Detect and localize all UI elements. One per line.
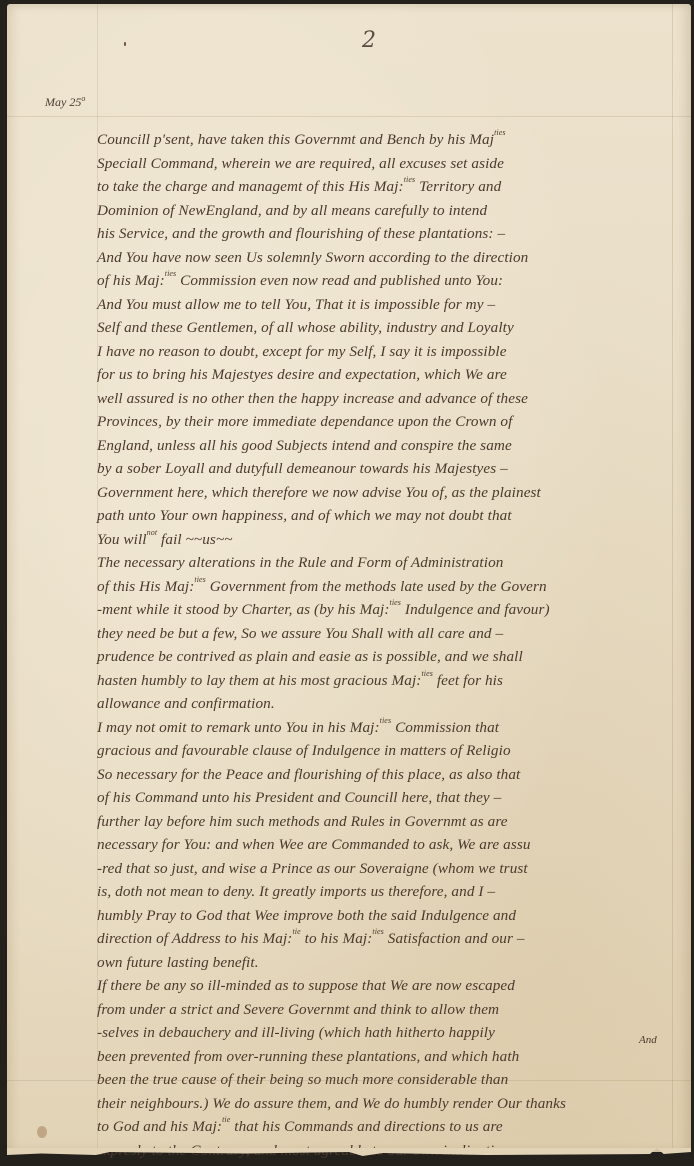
line-text: expresly to the Contrary, and most agrea… [97,1142,521,1159]
ink-mark [124,42,126,46]
manuscript-page: 2 May 25o Councill p'sent, have taken th… [7,4,691,1152]
line-superscript: ties [494,128,506,137]
line-text: And You have now seen Us solemnly Sworn … [97,249,528,266]
manuscript-line: I may not omit to remark unto You in his… [97,716,677,740]
manuscript-line: is, doth not mean to deny. It greatly im… [97,880,677,904]
line-text: they need be but a few, So we assure You… [97,625,503,642]
manuscript-line: necessary for You: and when Wee are Comm… [97,833,677,857]
line-superscript: ties [390,598,402,607]
paper-stain [37,1126,47,1138]
line-text: own future lasting benefit. [97,954,259,971]
line-text: to God and his Maj: [97,1118,222,1135]
manuscript-line: So necessary for the Peace and flourishi… [97,763,677,787]
line-text: And You must allow me to tell You, That … [97,296,495,313]
manuscript-line: own future lasting benefit. [97,951,677,975]
manuscript-line: of this His Maj:ties Government from the… [97,575,677,599]
marginal-date-sup: o [81,94,85,103]
line-superscript: tie [292,927,300,936]
line-text-continued: Commission that [391,719,499,736]
line-superscript: ties [404,175,416,184]
manuscript-line: been prevented from over-running these p… [97,1045,677,1069]
manuscript-line: The necessary alterations in the Rule an… [97,551,677,575]
line-text: You will [97,531,147,548]
line-text: allowance and confirmation. [97,695,275,712]
marginal-date-month: May [45,95,66,109]
manuscript-line: Government here, which therefore we now … [97,481,677,505]
manuscript-line: expresly to the Contrary, and most agrea… [97,1139,677,1163]
manuscript-line: Dominion of NewEngland, and by all means… [97,199,677,223]
line-text: prudence be contrived as plain and easie… [97,648,523,665]
line-text-continued: feet for his [433,672,503,689]
line-text: of his Command unto his President and Co… [97,789,501,806]
line-text: I have no reason to doubt, except for my… [97,343,507,360]
marginal-date: May 25o [45,94,85,110]
manuscript-line: -red that so just, and wise a Prince as … [97,857,677,881]
scanned-manuscript: 2 May 25o Councill p'sent, have taken th… [0,0,694,1166]
manuscript-line: by a sober Loyall and dutyfull demeanour… [97,457,677,481]
manuscript-line: to God and his Maj:tie that his Commands… [97,1115,677,1139]
line-text-continued: Commission even now read and published u… [176,272,503,289]
manuscript-line: You willnot fail ~~us~~ [97,528,677,552]
line-text: Speciall Command, wherein we are require… [97,155,504,172]
line-text-continued: that his Commands and directions to us a… [230,1118,502,1135]
line-text: I may not omit to remark unto You in his… [97,719,380,736]
line-text: well assured is no other then the happy … [97,390,528,407]
line-text-continued: Satisfaction and our – [384,930,525,947]
manuscript-line: Councill p'sent, have taken this Governm… [97,128,677,152]
manuscript-line: well assured is no other then the happy … [97,387,677,411]
manuscript-line: If there be any so ill-minded as to supp… [97,974,677,998]
manuscript-line: England, unless all his good Subjects in… [97,434,677,458]
line-text: direction of Address to his Maj: [97,930,292,947]
line-text-continued: Territory and [415,178,501,195]
line-text: Dominion of NewEngland, and by all means… [97,202,487,219]
manuscript-line: gracious and favourable clause of Indulg… [97,739,677,763]
line-text: hasten humbly to lay them at his most gr… [97,672,421,689]
manuscript-line: they need be but a few, So we assure You… [97,622,677,646]
line-text: for us to bring his Majestyes desire and… [97,366,507,383]
line-superscript: ties [165,269,177,278]
manuscript-line: to take the charge and managemt of this … [97,175,677,199]
line-text-continued: Indulgence and favour) [401,601,550,618]
line-superscript: ties [194,575,206,584]
manuscript-line: his Service, and the growth and flourish… [97,222,677,246]
line-text: If there be any so ill-minded as to supp… [97,977,515,994]
line-text: The necessary alterations in the Rule an… [97,554,503,571]
top-horizontal-rule [7,116,691,117]
manuscript-line: allowance and confirmation. [97,692,677,716]
line-text: Provinces, by their more immediate depen… [97,413,512,430]
line-superscript: ties [421,669,433,678]
line-text: England, unless all his good Subjects in… [97,437,512,454]
line-text: necessary for You: and when Wee are Comm… [97,836,531,853]
line-text: Councill p'sent, have taken this Governm… [97,131,494,148]
line-text: gracious and favourable clause of Indulg… [97,742,511,759]
manuscript-line: for us to bring his Majestyes desire and… [97,363,677,387]
manuscript-line: hasten humbly to lay them at his most gr… [97,669,677,693]
manuscript-line: Provinces, by their more immediate depen… [97,410,677,434]
line-text: been prevented from over-running these p… [97,1048,519,1065]
manuscript-line: And You have now seen Us solemnly Sworn … [97,246,677,270]
line-text: -selves in debauchery and ill-living (wh… [97,1024,495,1041]
line-text: -ment while it stood by Charter, as (by … [97,601,390,618]
line-text: their neighbours.) We do assure them, an… [97,1095,566,1112]
line-text: by a sober Loyall and dutyfull demeanour… [97,460,508,477]
manuscript-line: Self and these Gentlemen, of all whose a… [97,316,677,340]
line-text: of his Maj: [97,272,165,289]
line-text: So necessary for the Peace and flourishi… [97,766,520,783]
line-text: further lay before him such methods and … [97,813,508,830]
line-superscript: ties [380,716,392,725]
manuscript-line: -ment while it stood by Charter, as (by … [97,598,677,622]
manuscript-line: prudence be contrived as plain and easie… [97,645,677,669]
manuscript-line: further lay before him such methods and … [97,810,677,834]
manuscript-line: And You must allow me to tell You, That … [97,293,677,317]
manuscript-line: path unto Your own happiness, and of whi… [97,504,677,528]
line-text: from under a strict and Severe Governmt … [97,1001,499,1018]
line-text: path unto Your own happiness, and of whi… [97,507,512,524]
line-text: his Service, and the growth and flourish… [97,225,505,242]
manuscript-line: their neighbours.) We do assure them, an… [97,1092,677,1116]
line-text: is, doth not mean to deny. It greatly im… [97,883,495,900]
line-text-continued: fail ~~us~~ [157,531,232,548]
manuscript-body: Councill p'sent, have taken this Governm… [97,128,677,1162]
marginal-date-day: 25 [69,95,81,109]
manuscript-line: been the true cause of their being so mu… [97,1068,677,1092]
line-text: of this His Maj: [97,578,194,595]
manuscript-line: of his Maj:ties Commission even now read… [97,269,677,293]
manuscript-line: of his Command unto his President and Co… [97,786,677,810]
manuscript-line: Speciall Command, wherein we are require… [97,152,677,176]
manuscript-line: I have no reason to doubt, except for my… [97,340,677,364]
line-superscript: ties [372,927,384,936]
line-text: been the true cause of their being so mu… [97,1071,508,1088]
line-text: humbly Pray to God that Wee improve both… [97,907,516,924]
manuscript-line: -selves in debauchery and ill-living (wh… [97,1021,677,1045]
line-text-continued: Government from the methods late used by… [206,578,547,595]
manuscript-line: direction of Address to his Maj:tie to h… [97,927,677,951]
line-superscript: not [147,528,158,537]
catchword: And [639,1034,657,1046]
line-text-continued: to his Maj: [301,930,373,947]
manuscript-line: humbly Pray to God that Wee improve both… [97,904,677,928]
manuscript-line: from under a strict and Severe Governmt … [97,998,677,1022]
line-text: Government here, which therefore we now … [97,484,541,501]
page-number: 2 [362,28,376,53]
line-text: to take the charge and managemt of this … [97,178,404,195]
line-text: Self and these Gentlemen, of all whose a… [97,319,514,336]
line-text: -red that so just, and wise a Prince as … [97,860,528,877]
